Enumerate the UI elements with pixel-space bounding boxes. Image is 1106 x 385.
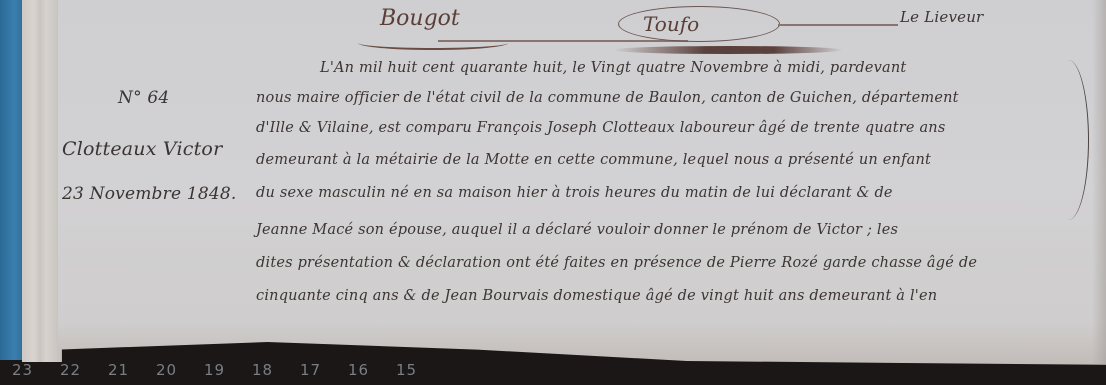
signature-left: Bougot bbox=[380, 6, 460, 31]
ruler-tick: 17 bbox=[300, 361, 348, 379]
body-line-2: nous maire officier de l'état civil de l… bbox=[256, 90, 959, 106]
signature-center-line bbox=[778, 24, 898, 26]
ruler-tick: 22 bbox=[60, 361, 108, 379]
ruler-tick: 23 bbox=[12, 361, 60, 379]
ruler-tick: 19 bbox=[204, 361, 252, 379]
signature-left-flourish bbox=[358, 36, 508, 50]
entry-number: N° 64 bbox=[118, 88, 169, 108]
ruler-tick: 15 bbox=[396, 361, 444, 379]
blue-binder-edge bbox=[0, 0, 24, 360]
page-stack-edge bbox=[22, 0, 62, 362]
margin-bracket bbox=[1048, 60, 1089, 220]
ruler-tick: 18 bbox=[252, 361, 300, 379]
body-line-1: L'An mil huit cent quarante huit, le Vin… bbox=[320, 60, 906, 76]
body-line-7: dites présentation & déclaration ont été… bbox=[256, 255, 977, 271]
measuring-ruler: 23 22 21 20 19 18 17 16 15 bbox=[0, 355, 1106, 385]
ruler-tick: 21 bbox=[108, 361, 156, 379]
body-line-3: d'Ille & Vilaine, est comparu François J… bbox=[256, 120, 945, 136]
body-line-5: du sexe masculin né en sa maison hier à … bbox=[256, 185, 893, 201]
signature-underline bbox=[438, 40, 688, 42]
body-line-4: demeurant à la métairie de la Motte en c… bbox=[256, 152, 931, 168]
margin-name: Clotteaux Victor bbox=[62, 138, 222, 160]
body-line-8: cinquante cinq ans & de Jean Bourvais do… bbox=[256, 288, 937, 304]
body-line-6: Jeanne Macé son épouse, auquel il a décl… bbox=[256, 222, 898, 238]
signature-center-stroke bbox=[613, 46, 843, 54]
ruler-tick: 20 bbox=[156, 361, 204, 379]
margin-date: 23 Novembre 1848. bbox=[62, 184, 236, 204]
signature-right: Le Lieveur bbox=[900, 8, 983, 26]
document-page: Bougot Toufo Le Lieveur N° 64 Clotteaux … bbox=[58, 0, 1106, 380]
signature-center-loop bbox=[618, 6, 780, 42]
ruler-tick: 16 bbox=[348, 361, 396, 379]
